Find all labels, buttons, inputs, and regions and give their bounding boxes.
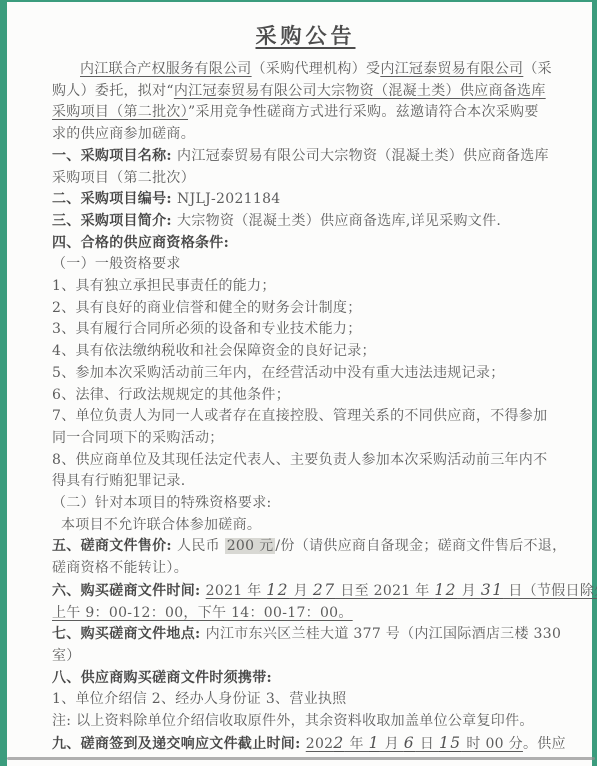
- text-segment: 3、具有履行合同所必须的设备和专业技术能力；: [52, 321, 362, 337]
- handwritten-text: 6: [404, 734, 415, 752]
- text-segment: 购人）委托，拟对“: [52, 83, 174, 99]
- highlighted-text: 200 元: [225, 538, 276, 554]
- document-line: 九、磋商签到及递交响应文件截止时间: 2022 年 1 月 6 日 15 时 0…: [52, 733, 559, 756]
- document-page: 采购公告 内江联合产权服务有限公司（采购代理机构）受内江冠泰贸易有限公司（采购人…: [0, 0, 597, 766]
- text-segment: 注: 以上资料除单位介绍信收取原件外，其余资料收取加盖单位公章复印件。: [52, 713, 534, 729]
- scan-edge-left: [0, 0, 7, 766]
- document-line: 八、供应商购买磋商文件时须携带:: [52, 668, 559, 690]
- document-line: 同一合同项下的采购活动；: [52, 428, 559, 450]
- page-title: 采购公告: [52, 20, 559, 50]
- text-segment: 室）: [52, 648, 81, 664]
- document-line: 一、采购项目名称: 内江冠泰贸易有限公司大宗物资（混凝土类）供应商备选库: [52, 146, 559, 168]
- text-segment: 二、采购项目编号:: [52, 191, 177, 207]
- handwritten-text: 15: [439, 734, 462, 752]
- text-segment: NJLJ-2021184: [177, 191, 280, 207]
- text-segment: 4、具有依法缴纳税收和社会保障资金的良好记录；: [52, 343, 376, 359]
- document-line: （二）针对本项目的特殊资格要求:: [52, 493, 559, 515]
- handwritten-text: 1: [369, 734, 380, 752]
- handwritten-text: 2: [333, 734, 344, 752]
- text-segment: （二）针对本项目的特殊资格要求:: [52, 495, 272, 511]
- document-line: （一）一般资格要求: [52, 254, 559, 276]
- text-segment: 202: [306, 736, 334, 752]
- text-segment: 大宗物资（混凝土类）供应商备选库,详见采购文件.: [177, 213, 501, 229]
- text-segment: 8、供应商单位及其现任法定代表人、主要负责人参加本次采购活动前三年内不: [52, 452, 547, 468]
- text-segment: （采购代理机构）受: [252, 61, 381, 77]
- text-segment: 2021 年: [206, 583, 267, 599]
- document-line: 注: 以上资料除单位介绍信收取原件外，其余资料收取加盖单位公章复印件。: [52, 711, 559, 733]
- text-segment: 日（节假日除外），: [504, 583, 597, 599]
- document-line: 上午 9：00-12：00，下午 14：00-17：00。: [52, 603, 559, 625]
- text-segment: 2、具有良好的商业信誉和健全的财务会计制度；: [52, 300, 362, 316]
- scan-bottom-shadow: [7, 757, 595, 760]
- document-line: 求的供应商参加磋商。: [52, 124, 559, 146]
- document-line: 本项目不允许联合体参加磋商。: [52, 515, 559, 537]
- text-segment: 九、磋商签到及递交响应文件截止时间:: [52, 736, 306, 752]
- text-segment: 7、单位负责人为同一人或者存在直接控股、管理关系的不同供应商，不得参加: [52, 408, 547, 424]
- text-segment: 内江市东兴区兰桂大道 377 号（内江国际酒店三楼 330: [206, 626, 562, 642]
- document-line: 3、具有履行合同所必须的设备和专业技术能力；: [52, 319, 559, 341]
- document-line: 5、参加本次采购活动前三年内，在经营活动中没有重大违法违规记录；: [52, 363, 559, 385]
- text-segment: 采购项目（第二批次）: [52, 104, 188, 120]
- document-line: 三、采购项目简介: 大宗物资（混凝土类）供应商备选库,详见采购文件.: [52, 211, 559, 233]
- text-segment: ”采用竞争性磋商方式进行采购。兹邀请符合本次采购要: [188, 104, 539, 120]
- text-segment: 上午 9：00-12：00，下午 14：00-17：00。: [52, 605, 353, 621]
- text-segment: /份（请供应商自备现金；磋商文件售后不退，: [275, 538, 566, 554]
- document-line: 4、具有依法缴纳税收和社会保障资金的良好记录；: [52, 341, 559, 363]
- document-line: 购人）委托，拟对“内江冠泰贸易有限公司大宗物资（混凝土类）供应商备选库: [52, 81, 559, 103]
- text-segment: 一、采购项目名称:: [52, 148, 177, 164]
- text-segment: 求的供应商参加磋商。: [52, 126, 195, 142]
- document-body: 内江联合产权服务有限公司（采购代理机构）受内江冠泰贸易有限公司（采购人）委托，拟…: [52, 59, 559, 756]
- text-segment: 内江联合产权服务有限公司: [80, 61, 252, 77]
- document-line: 采购项目（第二批次）: [52, 168, 559, 190]
- text-segment: 。供应: [523, 736, 566, 752]
- document-content: 采购公告 内江联合产权服务有限公司（采购代理机构）受内江冠泰贸易有限公司（采购人…: [52, 12, 559, 756]
- document-line: 得具有行贿犯罪记录.: [52, 471, 559, 493]
- document-line: 六、购买磋商文件时间: 2021 年 12 月 27 日至 2021 年 12 …: [52, 580, 559, 603]
- text-segment: 八、供应商购买磋商文件时须携带:: [52, 670, 272, 686]
- document-line: 1、具有独立承担民事责任的能力；: [52, 276, 559, 298]
- handwritten-text: 27: [313, 581, 336, 599]
- document-line: 2、具有良好的商业信誉和健全的财务会计制度；: [52, 298, 559, 320]
- text-segment: 内江冠泰贸易有限公司: [380, 61, 523, 77]
- document-line: 四、合格的供应商资格条件:: [52, 233, 559, 255]
- text-segment: 1、单位介绍信 2、经办人身份证 3、营业执照: [52, 691, 347, 707]
- text-segment: 七、购买磋商文件地点:: [52, 626, 206, 642]
- text-segment: 采购项目（第二批次）: [52, 170, 195, 186]
- text-segment: 内江冠泰贸易有限公司大宗物资（混凝土类）供应商备选库: [174, 83, 546, 99]
- document-line: 1、单位介绍信 2、经办人身份证 3、营业执照: [52, 689, 559, 711]
- document-line: 二、采购项目编号: NJLJ-2021184: [52, 189, 559, 211]
- text-segment: 内江冠泰贸易有限公司大宗物资（混凝土类）供应商备选库: [177, 148, 549, 164]
- document-line: 磋商资格不能转让）。: [52, 558, 559, 580]
- text-segment: 三、采购项目简介:: [52, 213, 177, 229]
- document-line: 内江联合产权服务有限公司（采购代理机构）受内江冠泰贸易有限公司（采: [52, 59, 559, 81]
- scan-edge-right: [592, 0, 597, 766]
- text-segment: 月: [457, 583, 481, 599]
- document-line: 五、磋商文件售价: 人民币 200 元/份（请供应商自备现金；磋商文件售后不退，: [52, 536, 559, 558]
- text-segment: 月: [289, 583, 313, 599]
- text-segment: 5、参加本次采购活动前三年内，在经营活动中没有重大违法违规记录；: [52, 365, 505, 381]
- text-segment: 人民币: [177, 538, 225, 554]
- handwritten-text: 31: [481, 581, 504, 599]
- text-segment: （一）一般资格要求: [52, 256, 181, 272]
- document-line: 七、购买磋商文件地点: 内江市东兴区兰桂大道 377 号（内江国际酒店三楼 33…: [52, 624, 559, 646]
- text-segment: 本项目不允许联合体参加磋商。: [61, 517, 261, 533]
- document-line: 6、法律、行政法规规定的其他条件；: [52, 385, 559, 407]
- document-line: 采购项目（第二批次）”采用竞争性磋商方式进行采购。兹邀请符合本次采购要: [52, 102, 559, 124]
- text-segment: 6、法律、行政法规规定的其他条件；: [52, 387, 290, 403]
- handwritten-text: 12: [434, 581, 457, 599]
- text-segment: 磋商资格不能转让）。: [52, 560, 188, 576]
- document-line: 室）: [52, 646, 559, 668]
- text-segment: 月: [380, 736, 404, 752]
- scan-edge-top: [0, 0, 597, 2]
- document-line: 7、单位负责人为同一人或者存在直接控股、管理关系的不同供应商，不得参加: [52, 406, 559, 428]
- text-segment: 五、磋商文件售价:: [52, 538, 177, 554]
- text-segment: 日至 2021 年: [336, 583, 435, 599]
- text-segment: 年: [345, 736, 369, 752]
- text-segment: 同一合同项下的采购活动；: [52, 430, 224, 446]
- text-segment: 日: [415, 736, 439, 752]
- text-segment: 时 00 分: [462, 736, 523, 752]
- text-segment: 得具有行贿犯罪记录.: [52, 473, 185, 489]
- text-segment: 1、具有独立承担民事责任的能力；: [52, 278, 276, 294]
- document-line: 8、供应商单位及其现任法定代表人、主要负责人参加本次采购活动前三年内不: [52, 450, 559, 472]
- handwritten-text: 12: [266, 581, 289, 599]
- text-segment: 六、购买磋商文件时间:: [52, 583, 206, 599]
- text-segment: （采: [523, 61, 552, 77]
- text-segment: 四、合格的供应商资格条件:: [52, 235, 229, 251]
